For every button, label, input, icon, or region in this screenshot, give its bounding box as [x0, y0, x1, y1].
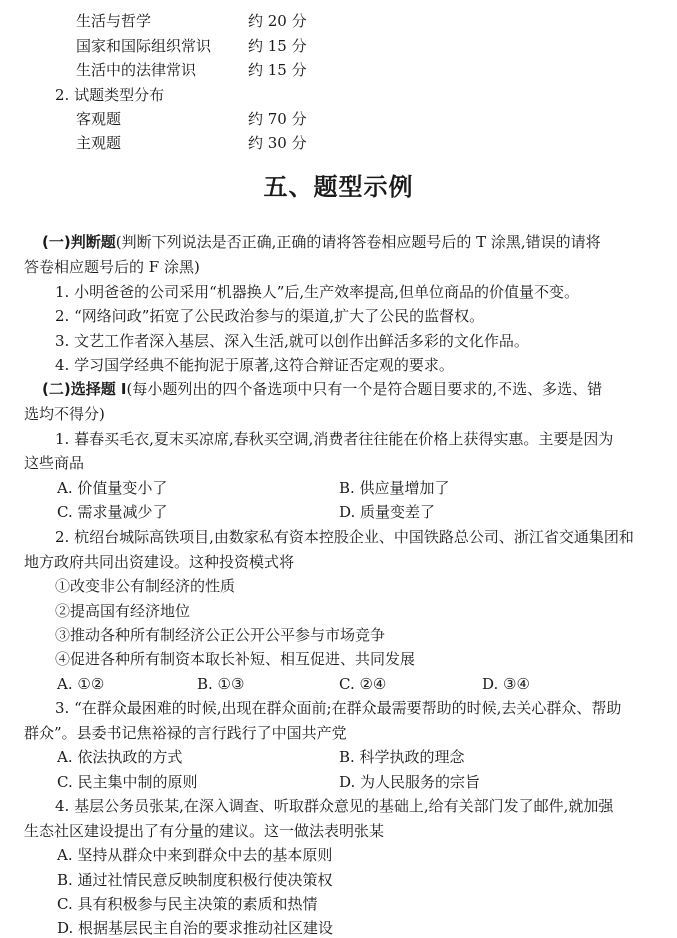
q1-option-c: C. 需求量减少了: [57, 501, 167, 523]
q3-stem-cont: 群众”。县委书记焦裕禄的言行践行了中国共产党: [24, 722, 347, 744]
q4-option-d: D. 根据基层民主自治的要求推动社区建设: [57, 917, 333, 938]
part2-instruction-cont: 选均不得分): [24, 403, 105, 425]
q3-option-c: C. 民主集中制的原则: [57, 771, 197, 793]
judgment-item-2: 2. “网络问政”拓宽了公民政治参与的渠道,扩大了公民的监督权。: [55, 305, 484, 327]
type-item-objective: 客观题: [76, 108, 121, 130]
content-item-law-score: 约 15 分: [248, 59, 307, 81]
q3-option-b: B. 科学执政的理念: [339, 746, 465, 768]
q1-stem: 1. 暮春买毛衣,夏末买凉席,春秋买空调,消费者往往能在价格上获得实惠。主要是因…: [55, 428, 613, 450]
part2-label: (二)选择题 I: [42, 380, 127, 398]
q4-option-a: A. 坚持从群众中来到群众中去的基本原则: [57, 844, 332, 866]
content-item-international-score: 约 15 分: [248, 35, 307, 57]
content-item-philosophy-score: 约 20 分: [248, 10, 307, 32]
q2-statement-3: ③推动各种所有制经济公正公开公平参与市场竞争: [55, 624, 385, 646]
part1-label: (一)判断题: [42, 233, 116, 251]
q1-option-b: B. 供应量增加了: [339, 477, 450, 499]
q3-option-d: D. 为人民服务的宗旨: [339, 771, 480, 793]
part1-instruction-cont: 答卷相应题号后的 F 涂黑): [24, 256, 200, 278]
q2-stem-cont: 地方政府共同出资建设。这种投资模式将: [24, 551, 294, 573]
q2-statement-4: ④促进各种所有制资本取长补短、相互促进、共同发展: [55, 648, 415, 670]
content-item-philosophy: 生活与哲学: [76, 10, 151, 32]
q4-stem: 4. 基层公务员张某,在深入调查、听取群众意见的基础上,给有关部门发了邮件,就加…: [55, 795, 613, 817]
type-item-subjective: 主观题: [76, 132, 121, 154]
q4-option-b: B. 通过社情民意反映制度积极行使决策权: [57, 869, 333, 891]
q1-stem-cont: 这些商品: [24, 452, 84, 474]
q1-option-d: D. 质量变差了: [339, 501, 435, 523]
type-item-subjective-score: 约 30 分: [248, 132, 307, 154]
content-item-law: 生活中的法律常识: [76, 59, 196, 81]
q2-option-d: D. ③④: [482, 673, 530, 695]
q2-option-c: C. ②④: [339, 673, 386, 695]
part2-instruction-text: (每小题列出的四个备选项中只有一个是符合题目要求的,不选、多选、错: [127, 380, 603, 398]
q4-stem-cont: 生态社区建设提出了有分量的建议。这一做法表明张某: [24, 820, 384, 842]
judgment-item-3: 3. 文艺工作者深入基层、深入生活,就可以创作出鲜活多彩的文化作品。: [55, 330, 529, 352]
q3-stem: 3. “在群众最困难的时候,出现在群众面前;在群众最需要帮助的时候,去关心群众、…: [55, 697, 621, 719]
q2-statement-1: ①改变非公有制经济的性质: [55, 575, 235, 597]
type-item-objective-score: 约 70 分: [248, 108, 307, 130]
judgment-item-4: 4. 学习国学经典不能拘泥于原著,这符合辩证否定观的要求。: [55, 354, 454, 376]
q4-option-c: C. 具有积极参与民主决策的素质和热情: [57, 893, 317, 915]
part2-instruction: (二)选择题 I(每小题列出的四个备选项中只有一个是符合题目要求的,不选、多选、…: [42, 378, 602, 400]
type-distribution-heading: 2. 试题类型分布: [55, 84, 164, 106]
q2-option-b: B. ①③: [197, 673, 244, 695]
item-label: 生活与哲学: [76, 12, 151, 30]
q2-stem: 2. 杭绍台城际高铁项目,由数家私有资本控股企业、中国铁路总公司、浙江省交通集团…: [55, 526, 634, 548]
judgment-item-1: 1. 小明爸爸的公司采用“机器换人”后,生产效率提高,但单位商品的价值量不变。: [55, 281, 579, 303]
q1-option-a: A. 价值量变小了: [57, 477, 167, 499]
q2-statement-2: ②提高国有经济地位: [55, 600, 190, 622]
part1-instruction: (一)判断题(判断下列说法是否正确,正确的请将答卷相应题号后的 T 涂黑,错误的…: [42, 231, 601, 253]
q3-option-a: A. 依法执政的方式: [57, 746, 182, 768]
content-item-international: 国家和国际组织常识: [76, 35, 211, 57]
part1-instruction-text: (判断下列说法是否正确,正确的请将答卷相应题号后的 T 涂黑,错误的请将: [116, 233, 601, 251]
q2-option-a: A. ①②: [57, 673, 104, 695]
section-title: 五、题型示例: [0, 170, 677, 204]
